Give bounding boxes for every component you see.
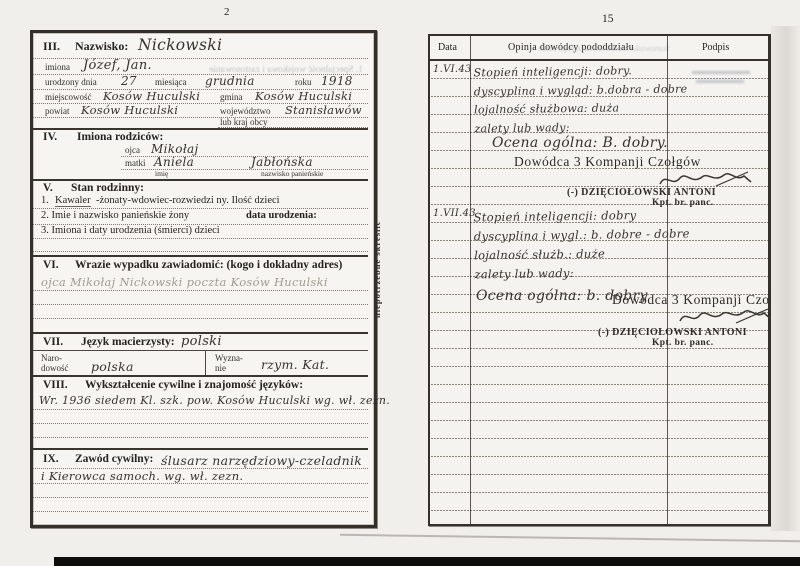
stan-2-text: 2. Imie i nazwisko panieńskie żony xyxy=(41,210,189,221)
wyksztalcenie-value: Wr. 1936 siedem Kl. szk. pow. Kosów Hucu… xyxy=(39,394,390,407)
section-v-number: V. xyxy=(43,182,53,194)
nazwisko-value: Nickowski xyxy=(138,36,222,54)
ocena-ogolna: Ocena ogólna: B. dobry. xyxy=(492,135,668,151)
narodowosc-value: polska xyxy=(91,359,134,374)
zawod-value-2: i Kierowca samoch. wg. wł. zezn. xyxy=(41,469,243,483)
entry-date: 1.VI.43 xyxy=(433,64,472,75)
wyznanie-label-2: nie xyxy=(215,363,226,373)
section-viii-number: VIII. xyxy=(43,379,68,391)
matki-value: Aniela xyxy=(154,155,194,169)
row-nazwisko: III. Nazwisko: Nickowski xyxy=(33,33,368,59)
column-divider xyxy=(667,36,668,59)
born-label-2: miesiąca xyxy=(155,77,186,87)
typed-name: (-) DZIĘCIOŁOWSKI ANTONI xyxy=(567,187,716,198)
empty-row xyxy=(33,290,368,305)
stan-1-kawaler: Kawaler xyxy=(55,195,91,207)
narodowosc-label-1: Naro- xyxy=(41,353,62,363)
signature xyxy=(678,305,774,329)
bleedthrough-mark xyxy=(692,71,750,74)
wojewodztwo-value: Stanisławów xyxy=(285,103,362,117)
bleedthrough-text: Stanowisko służbowe, zaszeregowanie xyxy=(485,43,670,53)
empty-row xyxy=(33,423,368,438)
typed-name: (-) DZIĘCIOŁOWSKI ANTONI xyxy=(598,327,747,338)
column-divider xyxy=(470,61,471,524)
gmina-label: gmina xyxy=(220,92,243,102)
stan-3-text: 3. Imiona i daty urodzenia (śmierci) dzi… xyxy=(41,225,220,236)
wojewodztwo-label: województwo xyxy=(220,106,271,116)
row-zawiadomic: ojca Mikołaj Nickowski poczta Kosów Hucu… xyxy=(33,273,368,291)
section-vii-number: VII. xyxy=(43,336,63,348)
row-stan-2: 2. Imie i nazwisko panieńskie żony data … xyxy=(33,208,368,225)
ojca-label: ojca xyxy=(125,145,140,155)
row-zawod-2: i Kierowca samoch. wg. wł. zezn. xyxy=(33,468,368,484)
matki-label: matki xyxy=(125,158,146,168)
born-month: grudnia xyxy=(205,74,255,88)
row-wyksztalcenie: Wr. 1936 siedem Kl. szk. pow. Kosów Hucu… xyxy=(33,393,368,410)
empty-row xyxy=(33,238,368,252)
row-powiat-wojewodztwo: powiat Kosów Huculski województwo Stanis… xyxy=(33,103,368,118)
matki-panienskie-value: Jabłońska xyxy=(251,155,313,169)
section-vi-number: VI. xyxy=(43,259,59,271)
right-page-number: 15 xyxy=(602,13,614,25)
personal-data-page: 1. Specjalność wojskowa i zastosowanie I… xyxy=(30,30,377,528)
stan-1-rest: -żonaty-wdowiec-rozwiedzi ny. Ilość dzie… xyxy=(96,195,280,206)
narodowosc-label-2: dowość xyxy=(41,363,69,373)
divider xyxy=(33,448,368,450)
row-zawod-1: ślusarz narzędziowy-czeladnik xyxy=(33,451,368,469)
divider xyxy=(33,375,368,377)
row-stan-1: 1. Kawaler -żonaty-wdowiec-rozwiedzi ny.… xyxy=(33,194,368,209)
opinion-entry: Stopień inteligencji: dobry. dyscyplina … xyxy=(473,62,674,139)
stan-1-number: 1. xyxy=(41,195,49,206)
typed-rank: Kpt. br. panc. xyxy=(652,338,713,348)
row-matki: matki Aniela Jabłońska xyxy=(121,156,368,170)
scanned-military-record: 2 15 1. Specjalność wojskowa i zastosowa… xyxy=(0,0,800,566)
column-divider xyxy=(470,36,471,59)
imiona-label: imiona xyxy=(45,62,70,72)
divider xyxy=(33,179,368,181)
stan-2-data-label: data urodzenia: xyxy=(246,210,317,221)
opinion-line: zalety lub wady: xyxy=(474,263,674,285)
section-vi-label: Wrazie wypadku zawiadomić: (kogo i dokła… xyxy=(75,259,342,271)
born-label-1: urodzony dnia xyxy=(45,77,97,87)
opinion-line: dyscyplina i wygląd: b.dobra - dobre xyxy=(474,80,674,101)
miejscowosc-value: Kosów Huculski xyxy=(103,89,200,103)
paper-crease xyxy=(340,534,800,542)
row-urodzony: urodzony dnia 27 miesiąca grudnia roku 1… xyxy=(33,74,368,90)
zawiadomic-value: ojca Mikołaj Nickowski poczta Kosów Hucu… xyxy=(41,275,328,289)
row-imiona: imiona Józef, Jan. xyxy=(33,58,368,75)
powiat-label: powiat xyxy=(45,106,70,116)
bleedthrough-mark xyxy=(696,80,744,83)
column-divider xyxy=(205,351,206,376)
col-header-data: Data xyxy=(438,42,457,53)
section-v-label: Stan rodzinny: xyxy=(71,182,144,194)
kraj-obcy-label: lub kraj obcy xyxy=(220,117,268,127)
section-vii-label: Język macierzysty: xyxy=(81,336,175,348)
gmina-value: Kosów Huculski xyxy=(255,89,352,103)
wyznanie-label-1: Wyzna- xyxy=(215,353,243,363)
zawod-value-1: ślusarz narzędziowy-czeladnik xyxy=(161,453,362,468)
wyznanie-value: rzym. Kat. xyxy=(261,357,329,372)
row-kraj-obcy: lub kraj obcy xyxy=(218,117,368,128)
panienskie-sublabel: nazwisko panieńskie xyxy=(261,169,323,178)
born-day: 27 xyxy=(121,74,137,88)
empty-row xyxy=(33,497,368,512)
powiat-value: Kosów Huculski xyxy=(81,103,178,117)
miejscowosc-label: miejscowość xyxy=(45,92,92,102)
divider xyxy=(33,255,368,257)
left-page-number: 2 xyxy=(224,6,230,18)
section-viii-label: Wykształcenie cywilne i znajomość językó… xyxy=(85,379,303,391)
row-stan-3: 3. Imiona i daty urodzenia (śmierci) dzi… xyxy=(33,224,368,239)
born-label-3: roku xyxy=(295,77,312,87)
row-narodowosc-wyznanie: Naro- dowość polska Wyzna- nie rzym. Kat… xyxy=(33,350,368,376)
opinion-line: dyscyplina i wygl.: b. dobre - dobre xyxy=(474,225,674,247)
table-header: Data Opinja dowódcy pododdziału Podpis S… xyxy=(430,36,768,61)
table-body: 1.VI.43 Stopień inteligencji: dobry. dys… xyxy=(430,61,768,524)
entry-date: 1.VII.43 xyxy=(433,208,476,219)
page-edge-shading xyxy=(771,26,800,531)
imiona-value: Józef, Jan. xyxy=(83,58,152,73)
row-miejscowosc-gmina: miejscowość Kosów Huculski gmina Kosów H… xyxy=(33,89,368,104)
section-iii-number: III. xyxy=(43,39,60,54)
opinions-table-page: Data Opinja dowódcy pododdziału Podpis S… xyxy=(428,34,773,526)
section-iv-number: IV. xyxy=(43,131,57,143)
opinion-entry: Stopień inteligencji: dobry dyscyplina i… xyxy=(473,206,674,285)
jezyk-value: polski xyxy=(181,334,222,349)
imie-sublabel: imię xyxy=(155,169,168,178)
scan-border-strip xyxy=(54,557,800,566)
empty-row xyxy=(33,409,368,424)
born-year: 1918 xyxy=(321,74,353,88)
empty-row xyxy=(33,304,368,319)
empty-row xyxy=(33,483,368,498)
ojca-value: Mikołaj xyxy=(151,142,199,156)
divider xyxy=(33,128,368,130)
margin-note-vertical: niepotrzebne skreślić xyxy=(372,178,382,318)
nazwisko-label: Nazwisko: xyxy=(75,39,128,54)
col-header-podpis: Podpis xyxy=(702,42,729,53)
